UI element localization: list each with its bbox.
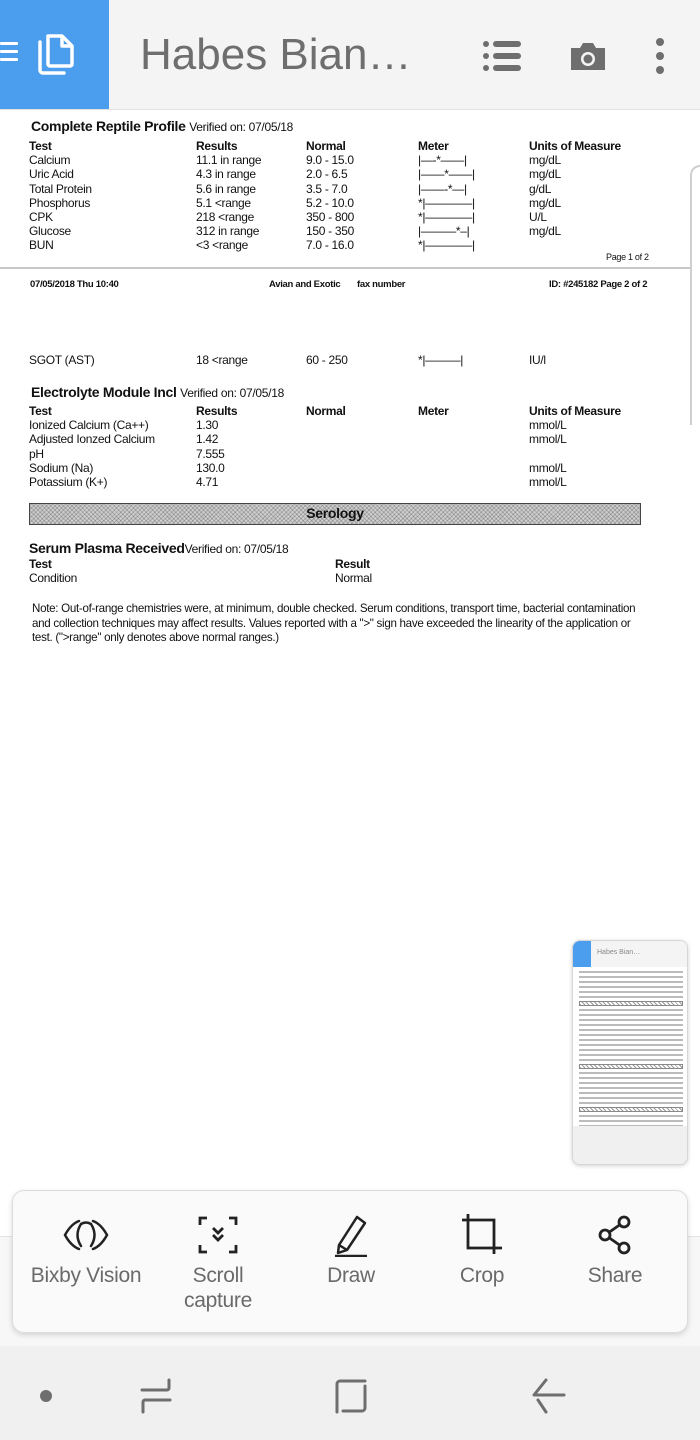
serum-title-text: Serum Plasma Received <box>29 540 185 556</box>
thumbnail-nav <box>573 1126 688 1164</box>
thumbnail-brand <box>573 941 591 967</box>
table-cell-unit: mg/dL <box>529 153 561 167</box>
column-header: Normal <box>306 139 346 153</box>
column-header: Meter <box>418 139 449 153</box>
thumbnail-line <box>579 1115 683 1117</box>
more-vert-icon[interactable] <box>638 34 682 78</box>
table-cell-meter: |—-*——| <box>418 153 467 167</box>
table-cell-result: 4.71 <box>196 475 218 489</box>
table-cell-result: 312 in range <box>196 224 259 238</box>
bixby-vision-button[interactable]: Bixby Vision <box>21 1213 151 1288</box>
sgot-meter: *|———| <box>418 353 463 367</box>
electrolyte-title-text: Electrolyte Module Incl <box>31 384 177 400</box>
share-label: Share <box>550 1263 680 1288</box>
column-header: Test <box>29 139 52 153</box>
table-cell-test: CPK <box>29 210 53 224</box>
page-divider <box>0 267 690 269</box>
table-cell-result: 5.6 in range <box>196 182 256 196</box>
table-cell-normal: 3.5 - 7.0 <box>306 182 347 196</box>
system-nav-bar <box>0 1346 700 1440</box>
sgot-result: 18 <range <box>196 353 248 367</box>
table-cell-test: Total Protein <box>29 182 92 196</box>
column-header: Test <box>29 404 52 418</box>
crop-label: Crop <box>417 1263 547 1288</box>
thumbnail-line <box>579 1001 683 1006</box>
table-cell-meter: *|————| <box>418 238 475 252</box>
column-header: Result <box>335 557 370 571</box>
thumbnail-line <box>579 1034 683 1036</box>
thumbnail-line <box>579 976 683 978</box>
serology-banner: Serology <box>29 503 641 525</box>
table-cell-unit: mmol/L <box>529 418 567 432</box>
fax-datetime: 07/05/2018 Thu 10:40 <box>30 279 119 290</box>
thumbnail-line <box>579 971 683 973</box>
electrolyte-title: Electrolyte Module Incl Verified on: 07/… <box>31 384 284 400</box>
table-cell-normal: 2.0 - 6.5 <box>306 167 347 181</box>
column-header: Units of Measure <box>529 139 621 153</box>
column-header: Meter <box>418 404 449 418</box>
table-cell-meter: |———*–| <box>418 224 469 238</box>
table-cell-test: Sodium (Na) <box>29 461 93 475</box>
page-footer: Page 1 of 2 <box>606 252 649 262</box>
table-cell-test: Adjusted Ionzed Calcium <box>29 432 155 446</box>
table-cell-meter: |——-*—| <box>418 182 467 196</box>
thumbnail-line <box>579 991 683 993</box>
edge-panel-handle[interactable] <box>690 165 700 425</box>
electrolyte-verified: Verified on: 07/05/18 <box>180 386 284 400</box>
scroll-capture-label: Scroll capture <box>153 1263 283 1313</box>
thumbnail-line <box>579 1044 683 1046</box>
table-cell-unit: U/L <box>529 210 547 224</box>
table-cell-result: 1.30 <box>196 418 218 432</box>
column-header: Normal <box>306 404 346 418</box>
table-cell-meter: *|————| <box>418 210 475 224</box>
thumbnail-line <box>579 1019 683 1021</box>
table-cell-unit: mg/dL <box>529 167 561 181</box>
table-cell-test: Uric Acid <box>29 167 74 181</box>
thumbnail-content <box>579 971 683 1135</box>
camera-icon[interactable] <box>566 34 610 78</box>
profile-verified: Verified on: 07/05/18 <box>189 120 293 134</box>
table-cell-test: Condition <box>29 571 77 585</box>
screen: Habes Bian… Complete Reptile Profile Ver… <box>0 0 700 1440</box>
table-cell-unit: mmol/L <box>529 475 567 489</box>
sgot-normal: 60 - 250 <box>306 353 348 367</box>
table-cell-result: 11.1 in range <box>196 153 261 167</box>
thumbnail-line <box>579 996 683 998</box>
thumbnail-line <box>579 1064 683 1069</box>
table-cell-unit: mmol/L <box>529 432 567 446</box>
screenshot-thumbnail[interactable]: Habes Bian… <box>572 940 688 1165</box>
sgot-test: SGOT (AST) <box>29 353 94 367</box>
table-cell-unit: g/dL <box>529 182 551 196</box>
fax-id-page: ID: #245182 Page 2 of 2 <box>549 279 647 290</box>
back-icon[interactable] <box>526 1374 570 1418</box>
thumbnail-line <box>579 981 683 983</box>
thumbnail-line <box>579 986 683 988</box>
app-bar: Habes Bian… <box>0 0 700 110</box>
table-cell-normal: 150 - 350 <box>306 224 354 238</box>
column-header: Results <box>196 404 237 418</box>
recents-icon[interactable] <box>134 1374 178 1418</box>
thumbnail-app-bar: Habes Bian… <box>573 941 687 967</box>
dot-icon[interactable] <box>24 1374 68 1418</box>
table-cell-test: pH <box>29 447 44 461</box>
documents-icon <box>36 32 76 76</box>
thumbnail-title: Habes Bian… <box>597 949 640 956</box>
thumbnail-line <box>579 1077 683 1079</box>
thumbnail-line <box>579 1054 683 1056</box>
table-cell-result: 1.42 <box>196 432 218 446</box>
thumbnail-line <box>579 1039 683 1041</box>
thumbnail-line <box>579 1049 683 1051</box>
table-cell-unit: mmol/L <box>529 461 567 475</box>
thumbnail-line <box>579 1087 683 1089</box>
table-cell-test: Calcium <box>29 153 70 167</box>
pencil-icon <box>286 1213 416 1257</box>
table-cell-normal: 5.2 - 10.0 <box>306 196 354 210</box>
table-cell-meter: *|————| <box>418 196 475 210</box>
report-note: Note: Out-of-range chemistries were, at … <box>32 602 642 646</box>
menu-icon[interactable] <box>0 42 18 66</box>
thumbnail-line <box>579 1120 683 1122</box>
crop-button[interactable]: Crop <box>417 1213 547 1288</box>
document-title: Habes Bian… <box>140 30 411 80</box>
profile-title: Complete Reptile Profile Verified on: 07… <box>31 118 293 134</box>
smart-capture-toolbar: Bixby Vision Scroll capture Draw Crop Sh… <box>12 1190 688 1333</box>
list-icon[interactable] <box>480 34 524 78</box>
table-cell-result: 4.3 in range <box>196 167 256 181</box>
table-cell-test: Glucose <box>29 224 71 238</box>
table-cell-normal: 7.0 - 16.0 <box>306 238 354 252</box>
thumbnail-line <box>579 1024 683 1026</box>
thumbnail-line <box>579 1072 683 1074</box>
table-cell-normal: 350 - 800 <box>306 210 354 224</box>
table-cell-unit: mg/dL <box>529 196 561 210</box>
table-cell-result: <3 <range <box>196 238 248 252</box>
thumbnail-line <box>579 1059 683 1061</box>
column-header: Results <box>196 139 237 153</box>
thumbnail-line <box>579 1102 683 1104</box>
thumbnail-line <box>579 1092 683 1094</box>
eye-icon <box>21 1213 151 1257</box>
crop-icon <box>417 1213 547 1257</box>
table-cell-result: Normal <box>335 571 372 585</box>
table-cell-result: 7.555 <box>196 447 225 461</box>
table-cell-normal: 9.0 - 15.0 <box>306 153 354 167</box>
draw-label: Draw <box>286 1263 416 1288</box>
scroll-capture-icon <box>153 1213 283 1257</box>
sgot-unit: IU/l <box>529 353 546 367</box>
profile-title-text: Complete Reptile Profile <box>31 118 186 134</box>
table-cell-test: Potassium (K+) <box>29 475 107 489</box>
column-header: Units of Measure <box>529 404 621 418</box>
table-cell-test: Ionized Calcium (Ca++) <box>29 418 148 432</box>
bixby-vision-label: Bixby Vision <box>21 1263 151 1288</box>
table-cell-result: 130.0 <box>196 461 225 475</box>
draw-button[interactable]: Draw <box>286 1213 416 1288</box>
table-cell-meter: |——*——| <box>418 167 475 181</box>
scroll-capture-button[interactable]: Scroll capture <box>153 1213 283 1313</box>
home-icon[interactable] <box>329 1374 373 1418</box>
share-button[interactable]: Share <box>550 1213 680 1288</box>
serum-verified: Verified on: 07/05/18 <box>185 542 289 556</box>
table-cell-result: 5.1 <range <box>196 196 251 210</box>
share-icon <box>550 1213 680 1257</box>
thumbnail-line <box>579 1107 683 1112</box>
serum-title: Serum Plasma ReceivedVerified on: 07/05/… <box>29 540 288 556</box>
brand-block[interactable] <box>0 0 109 109</box>
column-header: Test <box>29 557 52 571</box>
table-cell-unit: mg/dL <box>529 224 561 238</box>
thumbnail-line <box>579 1097 683 1099</box>
thumbnail-line <box>579 1009 683 1011</box>
fax-number: fax number <box>357 279 405 290</box>
thumbnail-line <box>579 1082 683 1084</box>
table-cell-result: 218 <range <box>196 210 254 224</box>
table-cell-test: Phosphorus <box>29 196 90 210</box>
fax-clinic: Avian and Exotic <box>269 279 340 290</box>
table-cell-test: BUN <box>29 238 53 252</box>
thumbnail-line <box>579 1029 683 1031</box>
thumbnail-line <box>579 1014 683 1016</box>
